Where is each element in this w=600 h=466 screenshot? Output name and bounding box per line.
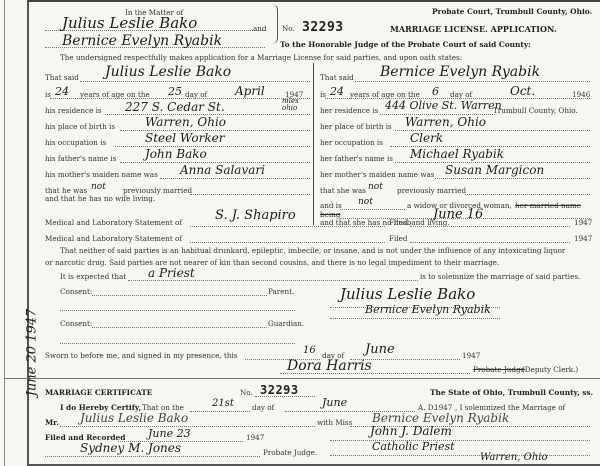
column-divider	[313, 63, 314, 225]
top-border	[27, 0, 600, 2]
groom-name: Julius Leslie Bako	[105, 64, 231, 80]
certificate-day: 21st	[212, 398, 234, 409]
bride-birth-day: 6	[432, 85, 439, 98]
to-judge: To the Honorable Judge of the Probate Co…	[280, 40, 531, 49]
groom-prev-married: not	[91, 182, 106, 192]
intro-text: The undersigned respectfully makes appli…	[60, 53, 462, 62]
party2-name: Bernice Evelyn Ryabik	[62, 33, 222, 49]
court-header: Probate Court, Trumbull County, Ohio.	[432, 7, 592, 16]
clerk-signature: Dora Harris	[287, 358, 372, 374]
groom-signature: Julius Leslie Bako	[340, 285, 475, 303]
officiant-place: Warren, Ohio	[480, 452, 548, 463]
certificate-title: MARRIAGE CERTIFICATE	[45, 388, 152, 397]
sworn-year: 1947	[462, 351, 480, 360]
groom-birth-day: 25	[168, 85, 182, 98]
deputy-clerk-label: (Deputy Clerk.)	[522, 365, 578, 374]
certificate-groom: Julius Leslie Bako	[80, 411, 188, 425]
bride-birthplace: Warren, Ohio	[405, 115, 486, 129]
section-divider	[4, 378, 600, 379]
bottom-border	[27, 464, 600, 466]
groom-mother: Anna Salavari	[180, 163, 265, 177]
certificate-month: June	[322, 396, 347, 409]
state-header: The State of Ohio, Trumbull County, ss.	[430, 388, 593, 397]
bride-age: 24	[330, 85, 344, 98]
bride-birth-month: Oct.	[510, 84, 535, 98]
bride-widow-status: not	[358, 197, 373, 207]
bride-father: Michael Ryabik	[410, 147, 504, 161]
license-number: 32293	[302, 20, 344, 35]
groom-occupation: Steel Worker	[145, 131, 225, 145]
medical-filed-1: June 16	[433, 207, 483, 222]
groom-residence-note: niles ohio	[282, 98, 306, 112]
bride-residence: 444 Olive St. Warren	[385, 99, 502, 112]
page-edge	[4, 0, 5, 466]
bride-residence-county: Trumbull County, Ohio.	[493, 106, 578, 115]
statement-line-2: or narcotic drug. Said parties are not n…	[45, 258, 499, 267]
officiant-title: Catholic Priest	[372, 440, 455, 453]
sworn-day: 16	[303, 345, 316, 356]
groom-no-wife: and that he has no wife living.	[45, 194, 155, 203]
certificate-bride: Bernice Evelyn Ryabik	[372, 411, 509, 425]
officiant-signature: John J. Dalem	[370, 424, 452, 438]
bracket	[271, 4, 278, 44]
certificate-filed-date: June 23	[148, 427, 191, 440]
groom-father: John Bako	[145, 147, 207, 161]
bride-signature: Bernice Evelyn Ryabik	[365, 303, 491, 316]
sworn-month: June	[365, 342, 395, 357]
judge-signature: Sydney M. Jones	[80, 441, 181, 455]
no-label: No.	[282, 24, 295, 33]
bride-mother: Susan Margicon	[445, 163, 544, 177]
groom-birth-month: April	[235, 84, 265, 98]
officiant-type: a Priest	[148, 266, 195, 280]
bride-name: Bernice Evelyn Ryabik	[380, 64, 540, 80]
margin-note: June 20 1947	[25, 293, 40, 413]
form-title: MARRIAGE LICENSE. APPLICATION.	[390, 24, 557, 34]
certificate-number: 32293	[260, 383, 299, 397]
party1-name: Julius Leslie Bako	[62, 14, 197, 32]
bride-occupation: Clerk	[410, 131, 443, 145]
groom-birthplace: Warren, Ohio	[145, 115, 226, 129]
groom-residence: 227 S. Cedar St.	[125, 100, 225, 114]
bride-prev-married: not	[368, 182, 383, 192]
medical-statement-1: S. J. Shapiro	[215, 208, 296, 223]
judge-title: Probate Judge.	[263, 448, 317, 457]
certificate-filed-year: 1947	[246, 433, 264, 442]
and-label: and	[253, 24, 267, 33]
groom-age: 24	[55, 85, 69, 98]
statement-line-1: That neither of said parties is an habit…	[60, 246, 565, 255]
